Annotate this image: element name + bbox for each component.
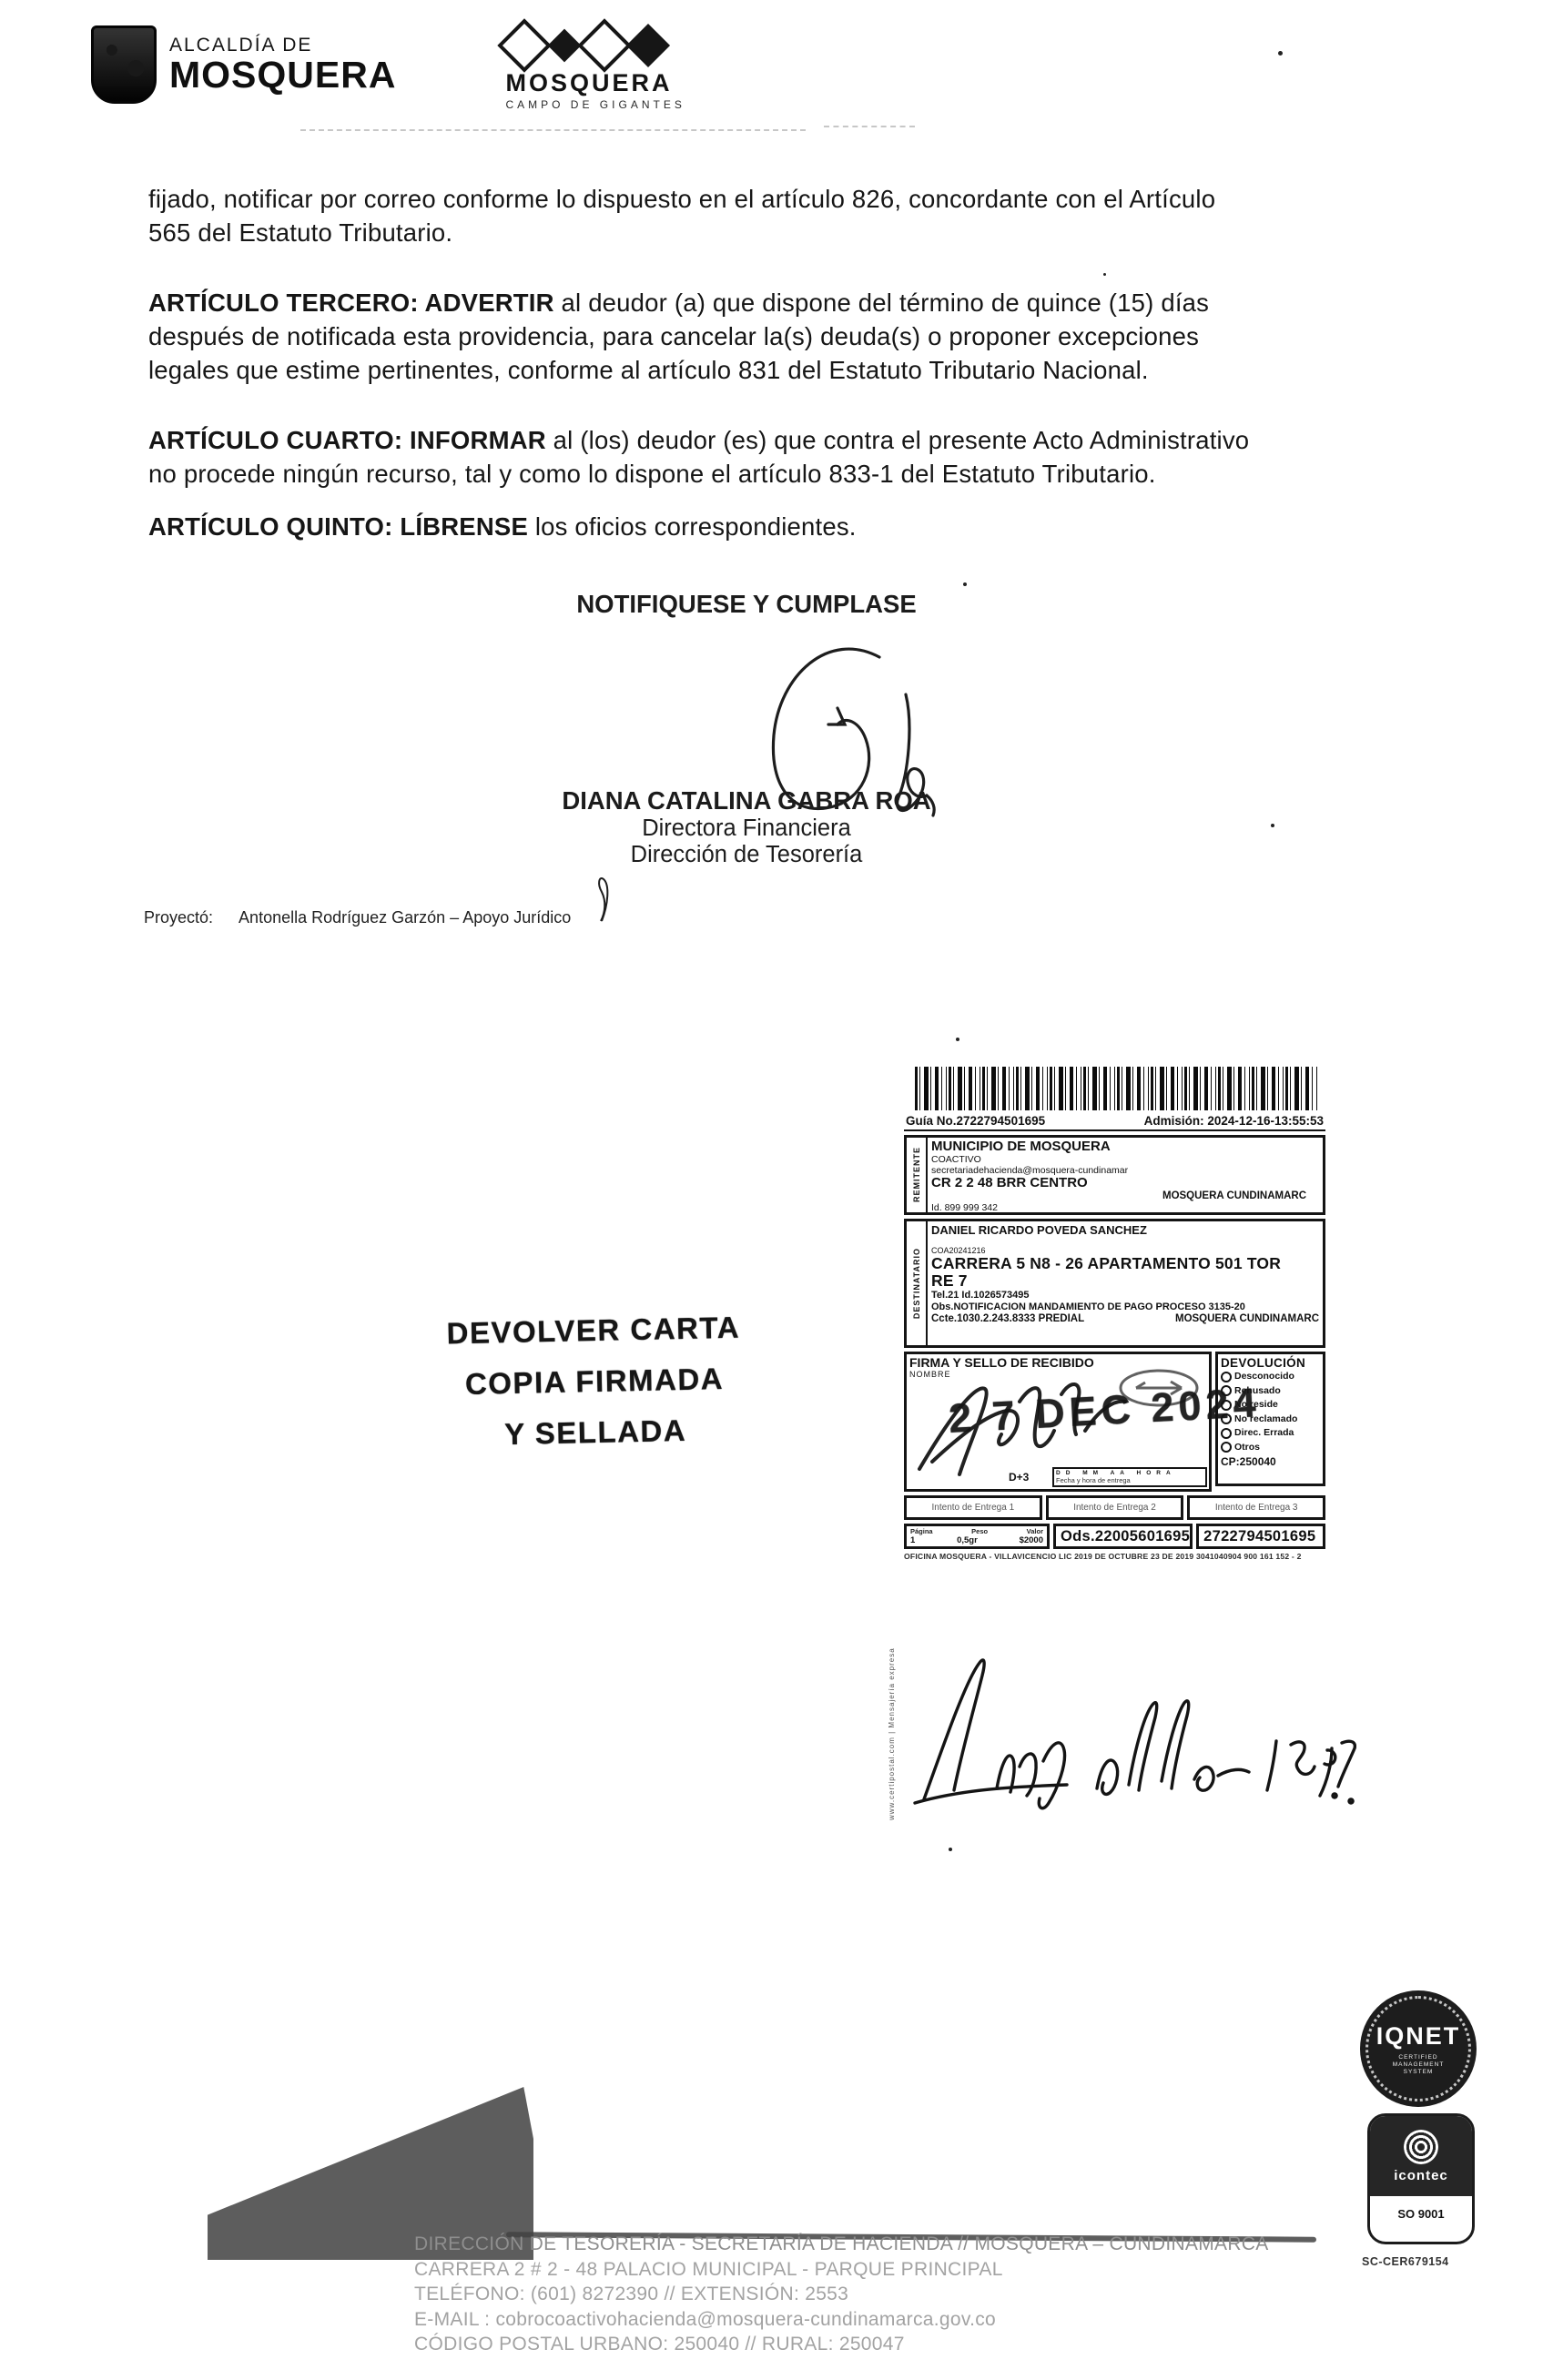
intento-cell-1: Intento de Entrega 1: [904, 1495, 1042, 1520]
paragraph-intro: fijado, notificar por correo conforme lo…: [148, 182, 1215, 249]
destinatario-name: DANIEL RICARDO POVEDA SANCHEZ: [931, 1223, 1319, 1237]
header-logos: ALCALDÍA DE MOSQUERA MOSQUERA CAMPO DE G…: [91, 25, 685, 111]
handwritten-note: [910, 1652, 1356, 1811]
scan-dot: [1103, 273, 1106, 276]
remitente-city: MOSQUERA CUNDINAMARC: [931, 1190, 1319, 1202]
label-side-text: www.certipostal.com | Mensajería expresa: [888, 1493, 896, 1820]
scan-dot: [956, 1038, 959, 1041]
meta-pagina: 1: [910, 1535, 915, 1545]
devolucion-header: DEVOLUCIÓN: [1221, 1356, 1320, 1370]
admision-datetime: Admisión: 2024-12-16-13:55:53: [1144, 1114, 1324, 1128]
destinatario-address1: CARRERA 5 N8 - 26 APARTAMENTO 501 TOR: [931, 1255, 1319, 1272]
paragraph-intro-line2: 565 del Estatuto Tributario.: [148, 216, 1215, 249]
barcode: [915, 1067, 1318, 1110]
meta-valor: $2000: [1020, 1535, 1043, 1545]
label-footer: OFICINA MOSQUERA - VILLAVICENCIO LIC 201…: [904, 1552, 1325, 1561]
ods-number: Ods.22005601695: [1053, 1524, 1193, 1549]
devolucion-option: Direc. Errada: [1221, 1426, 1320, 1441]
recibido-section: FIRMA Y SELLO DE RECIBIDO NOMBRE D+3 DD …: [904, 1352, 1212, 1492]
devolucion-option: Otros: [1221, 1441, 1320, 1455]
destinatario-obs: Obs.NOTIFICACION MANDAMIENTO DE PAGO PRO…: [931, 1301, 1319, 1313]
scan-dot: [949, 1848, 952, 1851]
iqnet-logo: IQNET CERTIFIED MANAGEMENT SYSTEM: [1360, 1990, 1477, 2107]
proyecto-label: Proyectó:: [144, 908, 213, 927]
icontec-logo: icontec SO 9001: [1367, 2113, 1475, 2244]
remitente-id: Id. 899 999 342: [931, 1202, 1319, 1213]
paragraph-intro-line1: fijado, notificar por correo conforme lo…: [148, 182, 1215, 216]
cert-code: SC-CER679154: [1362, 2255, 1449, 2268]
footer-line: DIRECCIÓN DE TESORERÍA - SECRETARÍA DE H…: [414, 2232, 1269, 2257]
articulo-tercero-lead: ARTÍCULO TERCERO: ADVERTIR: [148, 289, 554, 317]
icontec-swirl-icon: [1404, 2130, 1438, 2164]
alcaldia-logo: ALCALDÍA DE MOSQUERA: [91, 25, 396, 104]
scanned-document-page: ALCALDÍA DE MOSQUERA MOSQUERA CAMPO DE G…: [0, 0, 1543, 2380]
iqnet-name: IQNET: [1376, 2022, 1461, 2051]
remitente-address: CR 2 2 48 BRR CENTRO: [931, 1176, 1319, 1190]
devolucion-cp: CP:250040: [1221, 1455, 1320, 1468]
diamonds-icon: [505, 25, 685, 66]
icontec-badge-text: SO 9001: [1370, 2196, 1472, 2221]
signer-title-1: Directora Financiera: [446, 815, 1047, 842]
meta-cell: Página Peso Valor 1 0,5gr $2000: [904, 1524, 1050, 1549]
remitente-vertical-label: REMITENTE: [912, 1147, 921, 1202]
mosquera-brand-sub: CAMPO DE GIGANTES: [505, 98, 685, 111]
footer-line: CÓDIGO POSTAL URBANO: 250040 // RURAL: 2…: [414, 2332, 1269, 2357]
paragraph-articulo-tercero: ARTÍCULO TERCERO: ADVERTIR al deudor (a)…: [148, 286, 1209, 387]
signer-block: DIANA CATALINA GABRA ROA Directora Finan…: [446, 786, 1047, 868]
radio-circle-icon: [1221, 1428, 1232, 1439]
destinatario-tel: Tel.21 Id.1026573495: [931, 1290, 1319, 1301]
scan-dot: [1278, 51, 1283, 56]
remitente-name: MUNICIPIO DE MOSQUERA: [931, 1139, 1319, 1154]
notify-heading: NOTIFIQUESE Y CUMPLASE: [455, 590, 1038, 619]
intento-cell-2: Intento de Entrega 2: [1046, 1495, 1184, 1520]
footer-line: CARRERA 2 # 2 - 48 PALACIO MUNICIPAL - P…: [414, 2257, 1269, 2283]
articulo-cuarto-lead: ARTÍCULO CUARTO: INFORMAR: [148, 426, 546, 454]
destinatario-vertical-label: DESTINATARIO: [912, 1248, 921, 1319]
destinatario-city: MOSQUERA CUNDINAMARC: [1175, 1313, 1319, 1325]
tracking-number: 2722794501695: [1196, 1524, 1325, 1549]
meta-peso: 0,5gr: [957, 1535, 978, 1545]
destinatario-address2: RE 7: [931, 1272, 1319, 1290]
alcaldia-logo-line2: MOSQUERA: [169, 56, 396, 94]
destinatario-ccte: Ccte.1030.2.243.8333 PREDIAL: [931, 1313, 1084, 1325]
paragraph-articulo-cuarto: ARTÍCULO CUARTO: INFORMAR al (los) deudo…: [148, 423, 1249, 491]
remitente-section: REMITENTE MUNICIPIO DE MOSQUERA COACTIVO…: [904, 1135, 1325, 1215]
remitente-area: COACTIVO: [931, 1154, 1319, 1165]
footer-line: E-MAIL : cobrocoactivohacienda@mosquera-…: [414, 2307, 1269, 2333]
icontec-name: icontec: [1394, 2168, 1448, 2183]
paragraph-articulo-quinto: ARTÍCULO QUINTO: LÍBRENSE los oficios co…: [148, 510, 857, 543]
articulo-quinto-lead: ARTÍCULO QUINTO: LÍBRENSE: [148, 512, 528, 541]
mosquera-brand-name: MOSQUERA: [505, 69, 685, 97]
destinatario-section: DESTINATARIO DANIEL RICARDO POVEDA SANCH…: [904, 1219, 1325, 1348]
intento-cell-3: Intento de Entrega 3: [1187, 1495, 1325, 1520]
proyecto-value: Antonella Rodríguez Garzón – Apoyo Juríd…: [239, 908, 571, 927]
alcaldia-logo-line1: ALCALDÍA DE: [169, 35, 396, 55]
signer-name: DIANA CATALINA GABRA ROA: [446, 786, 1047, 815]
scan-separator: [300, 129, 806, 131]
scan-dot: [1271, 824, 1274, 827]
proyecto-scribble: [590, 876, 614, 923]
signer-title-2: Dirección de Tesorería: [446, 842, 1047, 868]
radio-circle-icon: [1221, 1442, 1232, 1453]
proyecto-line: Proyectó:Antonella Rodríguez Garzón – Ap…: [144, 908, 571, 927]
scan-separator: [824, 126, 915, 127]
scan-dot: [963, 582, 967, 586]
shipping-label: Guía No.2722794501695 Admisión: 2024-12-…: [904, 1067, 1325, 1561]
page-footer: DIRECCIÓN DE TESORERÍA - SECRETARÍA DE H…: [414, 2232, 1269, 2357]
coat-of-arms-icon: [91, 25, 157, 104]
return-stamp: DEVOLVER CARTA COPIA FIRMADA Y SELLADA: [433, 1301, 755, 1461]
footer-line: TELÉFONO: (601) 8272390 // EXTENSIÓN: 25…: [414, 2282, 1269, 2307]
guia-number: Guía No.2722794501695: [906, 1114, 1045, 1128]
mosquera-brand-logo: MOSQUERA CAMPO DE GIGANTES: [505, 25, 685, 111]
